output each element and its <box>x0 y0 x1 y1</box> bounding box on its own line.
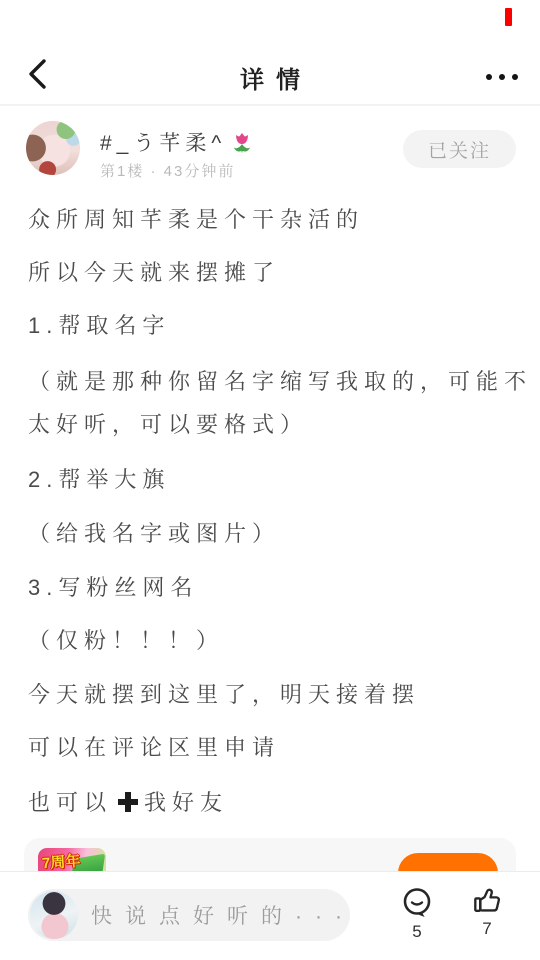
tulip-icon <box>229 130 255 156</box>
comments-button[interactable]: 5 <box>396 886 438 942</box>
post-text-line: 3.写粉丝网名 <box>28 571 198 602</box>
ellipsis-icon <box>499 74 505 80</box>
like-button[interactable]: 7 <box>466 884 508 939</box>
post-text-line-with-plus: 也可以 我好友 <box>28 786 228 817</box>
comment-placeholder: 快说点好听的··· <box>91 900 355 930</box>
post-text-line: 2.帮举大旗 <box>28 463 170 494</box>
post-text-line: （给我名字或图片） <box>28 517 280 548</box>
bottom-comment-bar: 快说点好听的··· 5 7 <box>0 871 540 960</box>
author-name: #_う芊柔^ <box>100 127 226 157</box>
current-user-avatar <box>30 891 78 939</box>
ellipsis-icon <box>512 74 518 80</box>
post-text-line: （就是那种你留名字缩写我取的，可能不 <box>28 365 532 396</box>
header-divider <box>0 104 540 106</box>
post-text-line: 今天就摆到这里了，明天接着摆 <box>28 678 420 709</box>
plus-line-after: 我好友 <box>144 786 228 817</box>
status-recording-indicator <box>505 8 512 26</box>
post-text-line: 太好听，可以要格式） <box>28 408 308 439</box>
post-text-line: 众所周知芊柔是个干杂活的 <box>28 203 364 234</box>
thumbs-up-icon <box>470 884 504 918</box>
ellipsis-icon <box>486 74 492 80</box>
post-text-line: （仅粉！！！） <box>28 624 224 655</box>
more-options-button[interactable] <box>484 70 520 84</box>
like-count: 7 <box>482 919 491 939</box>
author-name-row[interactable]: #_う芊柔^ <box>100 127 255 157</box>
post-detail-page: 详情 #_う芊柔^ 第1楼 · 43分钟前 已关注 众所周知芊柔是个干杂活的 所… <box>0 0 540 960</box>
page-title: 详情 <box>0 60 540 95</box>
post-text-line: 所以今天就来摆摊了 <box>28 256 280 287</box>
post-text-line: 1.帮取名字 <box>28 309 170 340</box>
plus-line-before: 也可以 <box>28 786 112 817</box>
comment-bubble-icon <box>400 886 435 921</box>
comment-count: 5 <box>412 922 421 942</box>
heavy-plus-icon <box>117 791 139 813</box>
post-text-line: 可以在评论区里申请 <box>28 731 280 762</box>
author-avatar[interactable] <box>26 121 80 175</box>
follow-button[interactable]: 已关注 <box>403 130 516 168</box>
post-floor-and-time: 第1楼 · 43分钟前 <box>100 160 235 181</box>
game-ad-icon-label: 7周年 <box>41 850 81 874</box>
comment-input[interactable]: 快说点好听的··· <box>28 889 350 941</box>
